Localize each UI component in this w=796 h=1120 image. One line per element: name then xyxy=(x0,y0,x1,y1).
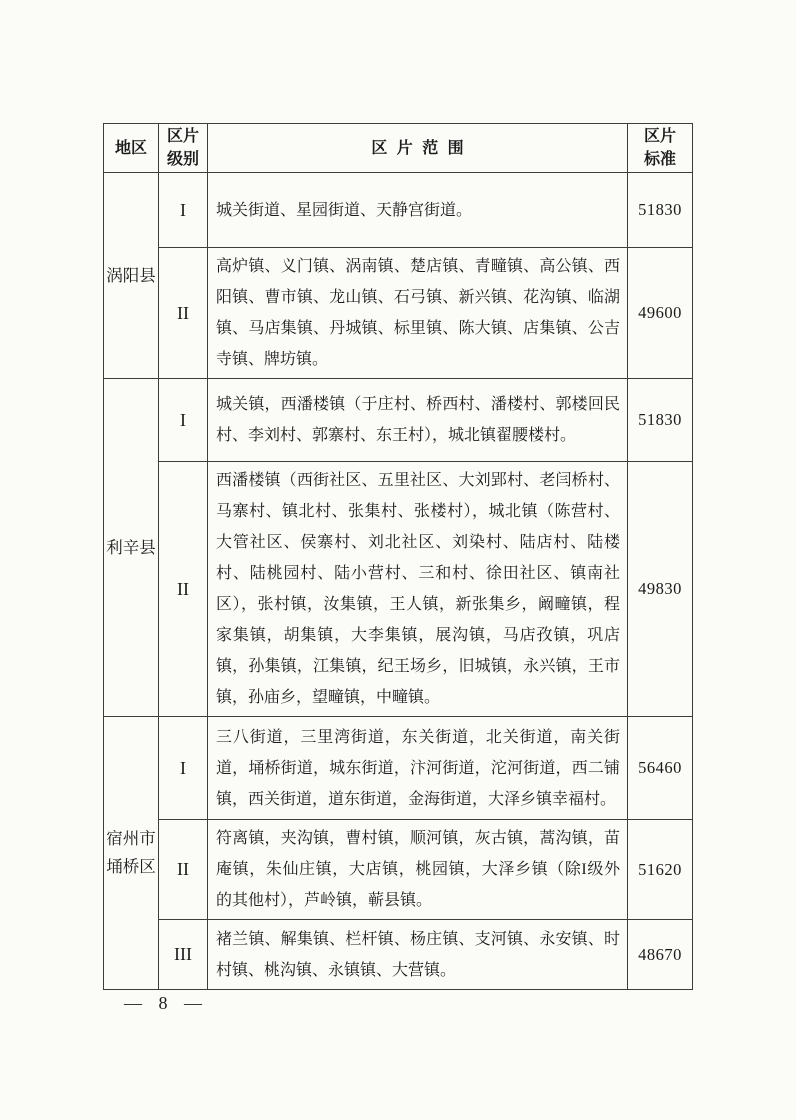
standard-cell: 56460 xyxy=(628,717,693,820)
col-header-standard-line1: 区片 xyxy=(628,125,692,148)
range-cell: 城关镇，西潘楼镇（于庄村、桥西村、潘楼村、郭楼回民村、李刘村、郭寨村、东王村），… xyxy=(208,379,628,462)
table-row: II 西潘楼镇（西街社区、五里社区、大刘郢村、老闫桥村、马寨村、镇北村、张集村、… xyxy=(104,462,693,717)
col-header-level: 区片 级别 xyxy=(159,124,208,173)
level-cell: I xyxy=(159,173,208,248)
standard-cell: 51830 xyxy=(628,379,693,462)
page-number: — 8 — xyxy=(124,993,204,1014)
range-cell: 高炉镇、义门镇、涡南镇、楚店镇、青疃镇、高公镇、西阳镇、曹市镇、龙山镇、石弓镇、… xyxy=(208,248,628,379)
level-cell: II xyxy=(159,248,208,379)
standard-cell: 49600 xyxy=(628,248,693,379)
level-cell: III xyxy=(159,920,208,990)
region-cell-guoyang: 涡阳县 xyxy=(104,173,159,379)
range-cell: 三八街道，三里湾街道，东关街道，北关街道，南关街道，埇桥街道，城东街道，汴河街道… xyxy=(208,717,628,820)
region-cell-suzhou-yongqiao: 宿州市埇桥区 xyxy=(104,717,159,990)
col-header-standard: 区片 标准 xyxy=(628,124,693,173)
table-header-row: 地区 区片 级别 区 片 范 围 区片 标准 xyxy=(104,124,693,173)
standard-cell: 49830 xyxy=(628,462,693,717)
zone-standard-table: 地区 区片 级别 区 片 范 围 区片 标准 涡阳县 I 城关街道、星园街道、天… xyxy=(103,123,693,990)
range-cell: 西潘楼镇（西街社区、五里社区、大刘郢村、老闫桥村、马寨村、镇北村、张集村、张楼村… xyxy=(208,462,628,717)
table-row: II 符离镇，夹沟镇，曹村镇，顺河镇，灰古镇，蒿沟镇，苗庵镇，朱仙庄镇，大店镇，… xyxy=(104,820,693,920)
col-header-level-line2: 级别 xyxy=(159,148,207,171)
col-header-range: 区 片 范 围 xyxy=(208,124,628,173)
col-header-standard-line2: 标准 xyxy=(628,148,692,171)
standard-cell: 51830 xyxy=(628,173,693,248)
table-row: 宿州市埇桥区 I 三八街道，三里湾街道，东关街道，北关街道，南关街道，埇桥街道，… xyxy=(104,717,693,820)
table-row: III 褚兰镇、解集镇、栏杆镇、杨庄镇、支河镇、永安镇、时村镇、桃沟镇、永镇镇、… xyxy=(104,920,693,990)
level-cell: I xyxy=(159,717,208,820)
col-header-level-line1: 区片 xyxy=(159,125,207,148)
table-row: II 高炉镇、义门镇、涡南镇、楚店镇、青疃镇、高公镇、西阳镇、曹市镇、龙山镇、石… xyxy=(104,248,693,379)
level-cell: II xyxy=(159,820,208,920)
level-cell: II xyxy=(159,462,208,717)
table-row: 利辛县 I 城关镇，西潘楼镇（于庄村、桥西村、潘楼村、郭楼回民村、李刘村、郭寨村… xyxy=(104,379,693,462)
standard-cell: 51620 xyxy=(628,820,693,920)
col-header-region: 地区 xyxy=(104,124,159,173)
range-cell: 城关街道、星园街道、天静宫街道。 xyxy=(208,173,628,248)
region-cell-lixin: 利辛县 xyxy=(104,379,159,717)
document-page: 地区 区片 级别 区 片 范 围 区片 标准 涡阳县 I 城关街道、星园街道、天… xyxy=(0,0,796,1120)
range-cell: 符离镇，夹沟镇，曹村镇，顺河镇，灰古镇，蒿沟镇，苗庵镇，朱仙庄镇，大店镇，桃园镇… xyxy=(208,820,628,920)
table-row: 涡阳县 I 城关街道、星园街道、天静宫街道。 51830 xyxy=(104,173,693,248)
range-cell: 褚兰镇、解集镇、栏杆镇、杨庄镇、支河镇、永安镇、时村镇、桃沟镇、永镇镇、大营镇。 xyxy=(208,920,628,990)
level-cell: I xyxy=(159,379,208,462)
standard-cell: 48670 xyxy=(628,920,693,990)
